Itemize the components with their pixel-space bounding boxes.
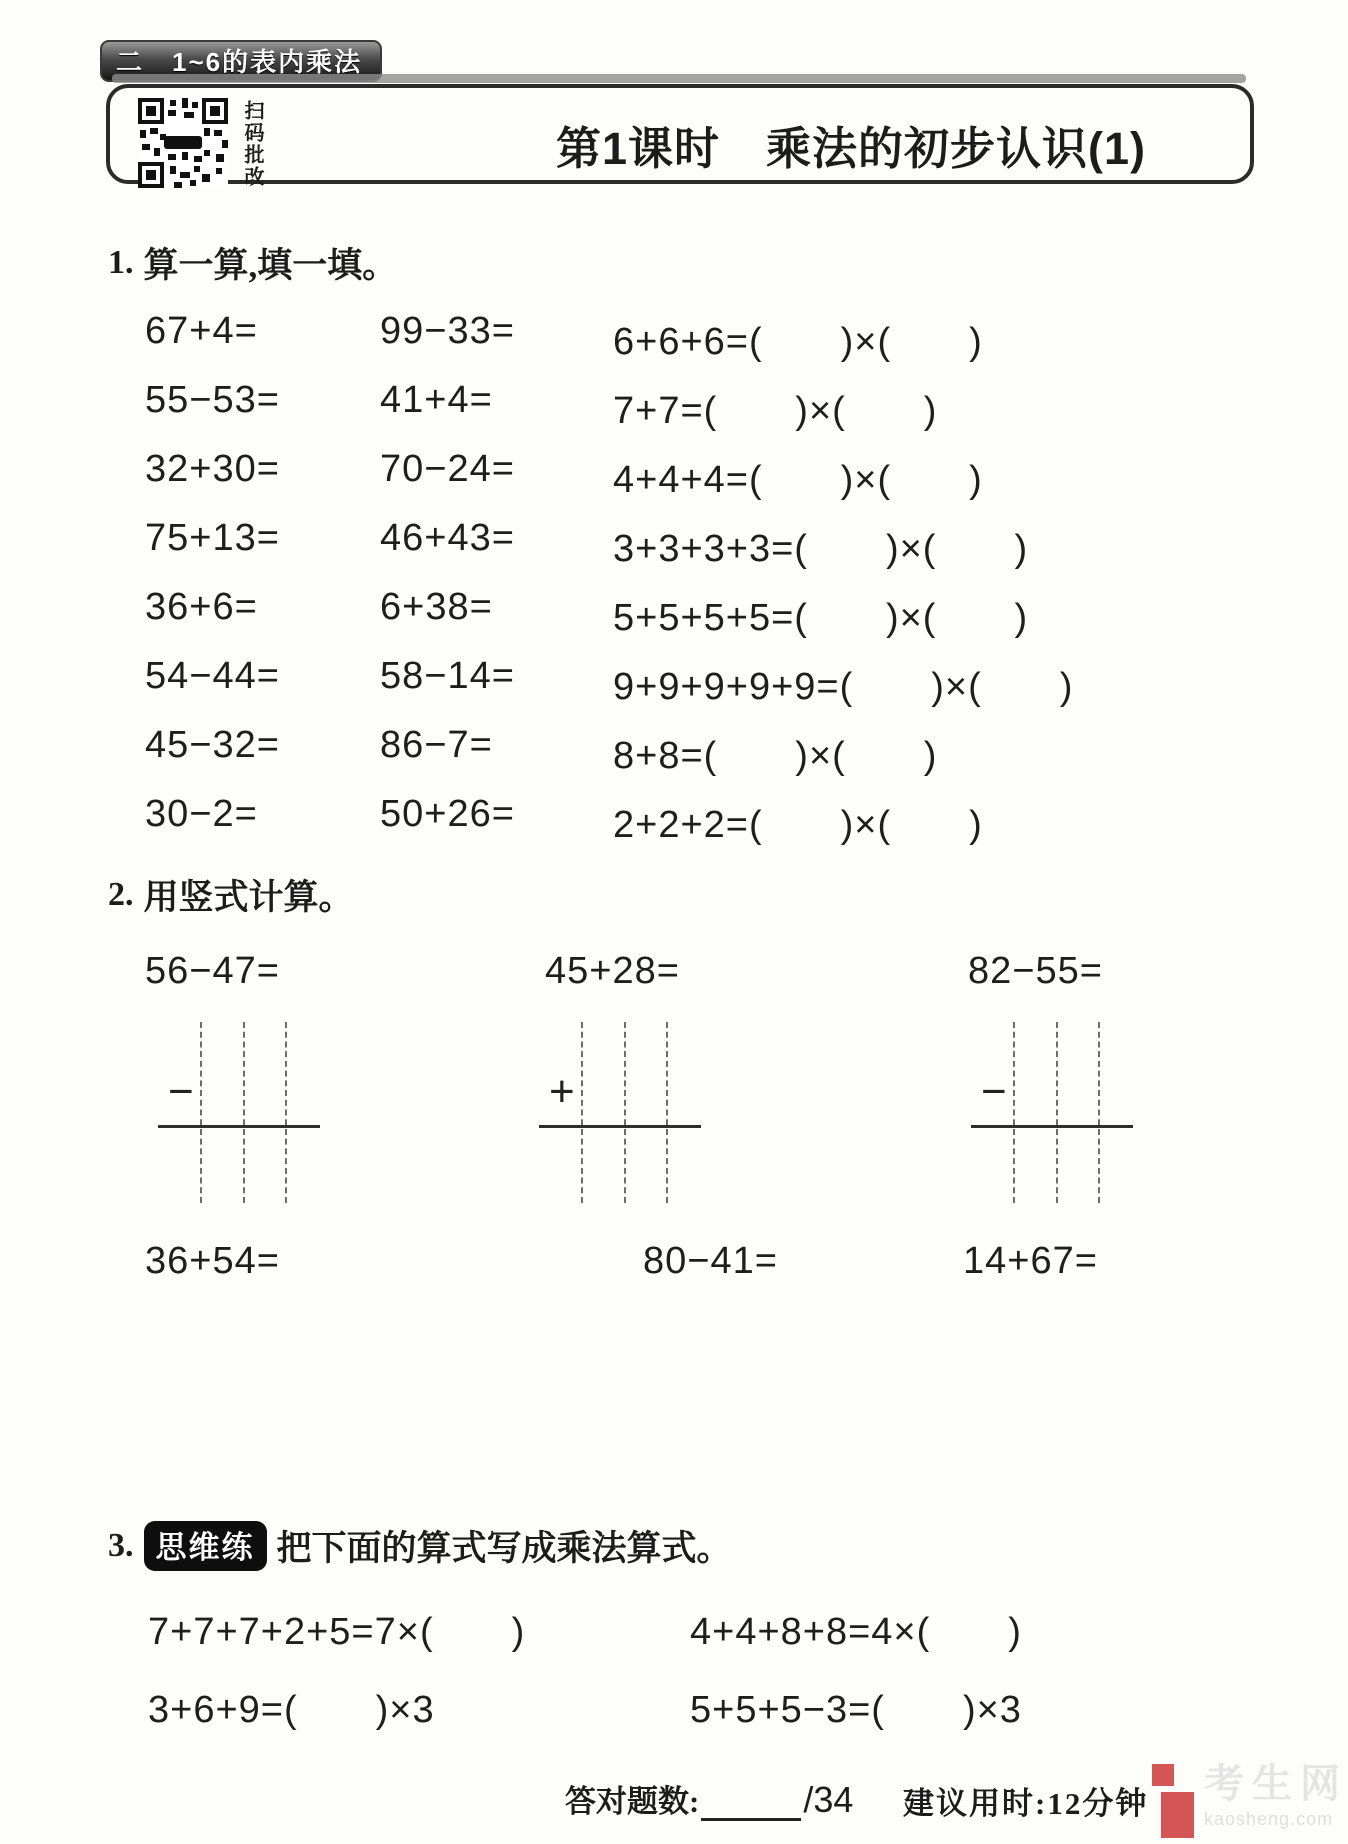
problem: 7+7=( )×( ) <box>613 379 937 434</box>
operator-sign: + <box>549 1070 575 1114</box>
problem: 41+4= <box>380 379 493 422</box>
problem: 99−33= <box>380 310 515 353</box>
s1-row4: 75+13= 46+43= 3+3+3+3=( )×( ) <box>0 517 1348 563</box>
column-guide-line <box>666 1022 668 1203</box>
problem: 30−2= <box>145 793 258 836</box>
column-guide-line <box>285 1022 287 1203</box>
problem: 86−7= <box>380 724 493 767</box>
score-blank-line <box>701 1784 801 1821</box>
score-field: 答对题数: /34 <box>565 1776 853 1821</box>
problem: 6+38= <box>380 586 493 629</box>
watermark: 考生网 kaosheng.com <box>1152 1764 1348 1840</box>
problem: 8+8=( )×( ) <box>613 724 937 779</box>
vertical-calc-frame: + <box>543 1022 695 1203</box>
s1-row8: 30−2= 50+26= 2+2+2=( )×( ) <box>0 793 1348 839</box>
problem: 5+5+5−3=( )×3 <box>690 1678 1022 1733</box>
problem: 54−44= <box>145 655 280 698</box>
problem: 75+13= <box>145 517 280 560</box>
operator-sign: − <box>168 1070 194 1114</box>
problem: 58−14= <box>380 655 515 698</box>
section2-heading-text: 用竖式计算。 <box>144 870 354 920</box>
column-guide-line <box>1098 1022 1100 1203</box>
problem: 56−47= <box>145 950 280 993</box>
suggested-time: 建议用时:12分钟 <box>903 1778 1148 1823</box>
vertical-calc-frame: − <box>162 1022 314 1203</box>
section3-number: 3. <box>108 1527 134 1565</box>
section2-number: 2. <box>108 876 134 914</box>
problem: 14+67= <box>963 1240 1098 1283</box>
problem: 3+3+3+3=( )×( ) <box>613 517 1028 572</box>
column-guide-line <box>1056 1022 1058 1203</box>
section2-heading: 2. 用竖式计算。 <box>108 870 354 920</box>
vertical-calc-frame: − <box>975 1022 1127 1203</box>
problem: 55−53= <box>145 379 280 422</box>
answer-line <box>158 1125 320 1128</box>
qr-caption: 扫码批改 <box>240 100 264 192</box>
problem: 80−41= <box>643 1240 778 1283</box>
answer-line <box>539 1125 701 1128</box>
operator-sign: − <box>981 1070 1007 1114</box>
problem: 36+6= <box>145 586 258 629</box>
s1-row2: 55−53= 41+4= 7+7=( )×( ) <box>0 379 1348 425</box>
watermark-domain: kaosheng.com <box>1204 1810 1348 1828</box>
problem: 70−24= <box>380 448 515 491</box>
s1-row1: 67+4= 99−33= 6+6+6=( )×( ) <box>0 310 1348 356</box>
problem: 45+28= <box>545 950 680 993</box>
title-box-top-band <box>112 74 1246 83</box>
page-title: 第1课时 乘法的初步认识(1) <box>556 112 1146 177</box>
problem: 2+2+2=( )×( ) <box>613 793 983 848</box>
s2-row2: 36+54= 80−41= 14+67= <box>0 1240 1348 1286</box>
section3-heading-text: 把下面的算式写成乘法算式。 <box>277 1521 732 1571</box>
problem: 67+4= <box>145 310 258 353</box>
problem: 45−32= <box>145 724 280 767</box>
worksheet-page: 二 1~6的表内乘法 扫码批改 第1课时 乘法的初步认识(1) 1. 算一算,填… <box>0 0 1348 1844</box>
watermark-name: 考生网 <box>1204 1764 1348 1804</box>
s3-row2: 3+6+9=( )×3 5+5+5−3=( )×3 <box>0 1678 1348 1724</box>
column-guide-line <box>243 1022 245 1203</box>
column-guide-line <box>624 1022 626 1203</box>
s2-row1: 56−47= 45+28= 82−55= <box>0 950 1348 996</box>
s3-row1: 7+7+7+2+5=7×( ) 4+4+8+8=4×( ) <box>0 1600 1348 1646</box>
section1-number: 1. <box>108 244 134 282</box>
section1-heading: 1. 算一算,填一填。 <box>108 238 397 288</box>
section1-heading-text: 算一算,填一填。 <box>144 238 398 288</box>
column-guide-line <box>581 1022 583 1203</box>
problem: 3+6+9=( )×3 <box>148 1678 435 1733</box>
problem: 50+26= <box>380 793 515 836</box>
problem: 32+30= <box>145 448 280 491</box>
problem: 4+4+4=( )×( ) <box>613 448 983 503</box>
problem: 36+54= <box>145 1240 280 1283</box>
problem: 5+5+5+5=( )×( ) <box>613 586 1028 641</box>
column-guide-line <box>1013 1022 1015 1203</box>
s1-row7: 45−32= 86−7= 8+8=( )×( ) <box>0 724 1348 770</box>
score-total: /34 <box>803 1779 853 1821</box>
s1-row3: 32+30= 70−24= 4+4+4=( )×( ) <box>0 448 1348 494</box>
problem: 9+9+9+9+9=( )×( ) <box>613 655 1073 710</box>
qr-code-icon <box>138 98 228 188</box>
watermark-logo-icon <box>1152 1764 1196 1840</box>
problem: 82−55= <box>968 950 1103 993</box>
problem: 6+6+6=( )×( ) <box>613 310 983 365</box>
answer-line <box>971 1125 1133 1128</box>
problem: 46+43= <box>380 517 515 560</box>
problem: 7+7+7+2+5=7×( ) <box>148 1600 525 1655</box>
s1-row5: 36+6= 6+38= 5+5+5+5=( )×( ) <box>0 586 1348 632</box>
s1-row6: 54−44= 58−14= 9+9+9+9+9=( )×( ) <box>0 655 1348 701</box>
section3-heading: 3. 思维练 把下面的算式写成乘法算式。 <box>108 1521 732 1571</box>
problem: 4+4+8+8=4×( ) <box>690 1600 1022 1655</box>
score-label: 答对题数: <box>565 1776 699 1821</box>
column-guide-line <box>200 1022 202 1203</box>
thinking-practice-badge: 思维练 <box>144 1521 267 1571</box>
